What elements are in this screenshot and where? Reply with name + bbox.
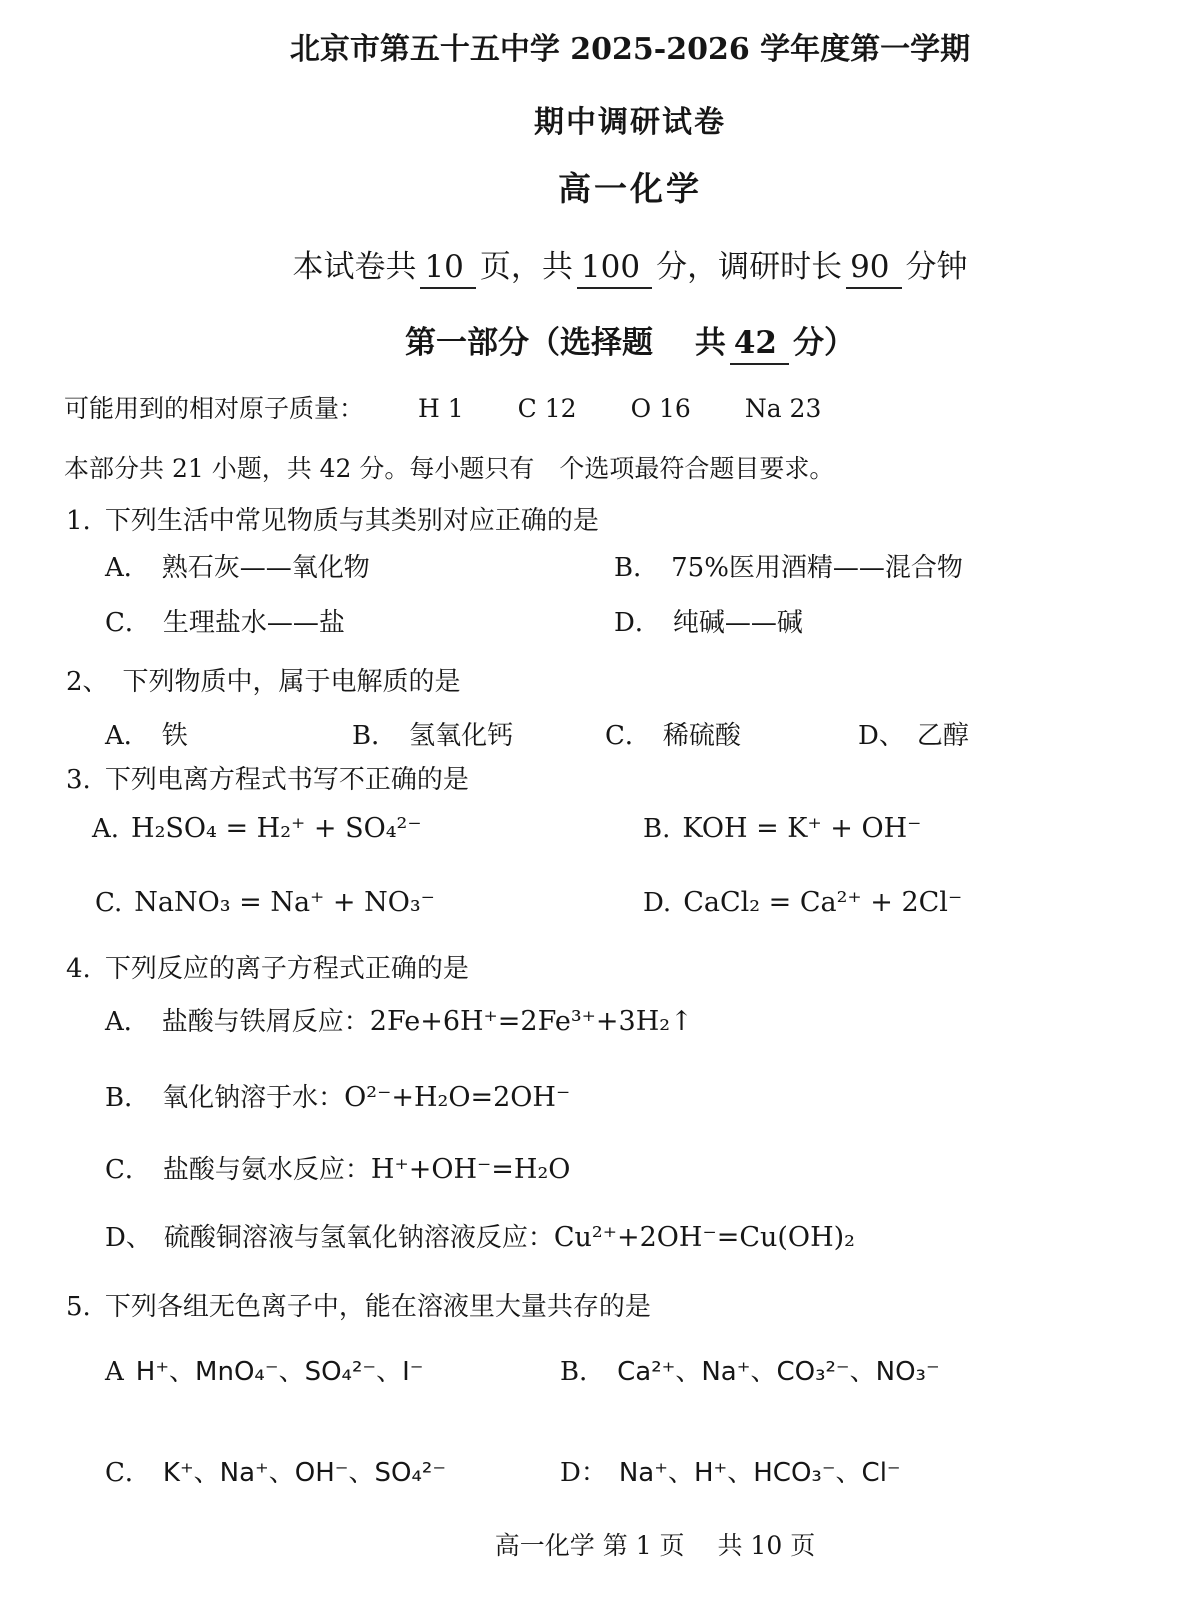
question-1-option-c: C．生理盐水——盐 xyxy=(105,602,345,639)
page-footer: 高一化学 第 1 页 共 10 页 xyxy=(120,1526,1190,1562)
question-4-option-a-desc: 盐酸与铁屑反应： xyxy=(162,1007,370,1037)
section-note: 本部分共 21 小题，共 42 分。每小题只有 个选项最符合题目要求。 xyxy=(64,449,834,485)
question-5-number: 5. xyxy=(66,1292,91,1322)
section-title-points: 42 xyxy=(730,325,789,365)
paper-info-line: 本试卷共10页，共100分，调研时长90分钟 xyxy=(70,241,1190,286)
question-5-option-c-ions: K⁺、Na⁺、OH⁻、SO₄²⁻ xyxy=(163,1458,446,1488)
question-4-number: 4. xyxy=(66,954,91,984)
question-3-text: 下列电离方程式书写不正确的是 xyxy=(105,765,469,795)
question-5-option-d-ions: Na⁺、H⁺、HCO₃⁻、Cl⁻ xyxy=(619,1458,901,1488)
question-4-option-d-desc: 硫酸铜溶液与氢氧化钠溶液反应： xyxy=(164,1223,554,1253)
subject-title: 高一化学 xyxy=(70,163,1190,210)
atomic-mass-c: C 12 xyxy=(518,394,577,423)
question-2-option-b-label: B． xyxy=(352,721,397,751)
question-4-option-c-desc: 盐酸与氨水反应： xyxy=(163,1155,371,1185)
atomic-masses-line: 可能用到的相对原子质量：H 1C 12O 16Na 23 xyxy=(64,389,821,425)
question-3-option-c: C.NaNO₃ = Na⁺ + NO₃⁻ xyxy=(95,887,435,918)
question-3-option-d-label: D. xyxy=(643,888,671,918)
paper-info-seg2: 页，共 xyxy=(480,249,573,285)
question-3-option-b: B.KOH = K⁺ + OH⁻ xyxy=(643,813,921,844)
question-2-option-d-text: 乙醇 xyxy=(917,721,969,751)
atomic-mass-o: O 16 xyxy=(631,394,691,423)
paper-info-seg4: 分钟 xyxy=(906,249,968,285)
question-2-option-a-text: 铁 xyxy=(162,721,188,751)
question-4-option-b-equation: O²⁻+H₂O=2OH⁻ xyxy=(344,1082,570,1113)
question-1-option-d-label: D． xyxy=(614,608,661,638)
question-3-option-c-label: C. xyxy=(95,888,122,918)
exam-paper-page: 北京市第五十五中学 2025-2026 学年度第一学期 期中调研试卷 高一化学 … xyxy=(0,0,1190,1614)
paper-info-points: 100 xyxy=(577,249,652,289)
question-4-text: 下列反应的离子方程式正确的是 xyxy=(105,954,469,984)
question-1-option-c-label: C． xyxy=(105,608,151,638)
question-4-option-a: A．盐酸与铁屑反应：2Fe+6H⁺=2Fe³⁺+3H₂↑ xyxy=(105,1001,693,1038)
question-3-option-b-label: B. xyxy=(643,814,670,844)
question-3-stem: 3.下列电离方程式书写不正确的是 xyxy=(66,759,469,796)
question-5-option-a-ions: H⁺、MnO₄⁻、SO₄²⁻、I⁻ xyxy=(136,1357,424,1387)
question-1-option-a-text: 熟石灰——氧化物 xyxy=(162,553,370,583)
atomic-mass-h: H 1 xyxy=(418,394,464,423)
question-5-option-b-label: B． xyxy=(560,1357,605,1387)
question-5-text: 下列各组无色离子中，能在溶液里大量共存的是 xyxy=(105,1292,651,1322)
question-5-option-c-label: C． xyxy=(105,1458,151,1488)
question-2-option-a: A．铁 xyxy=(105,715,188,752)
question-5-option-d-label: D： xyxy=(560,1458,607,1488)
question-4-stem: 4.下列反应的离子方程式正确的是 xyxy=(66,948,469,985)
question-2-text: 下列物质中，属于电解质的是 xyxy=(123,667,461,697)
question-1-option-b: B．75%医用酒精——混合物 xyxy=(614,547,963,584)
question-1-stem: 1.下列生活中常见物质与其类别对应正确的是 xyxy=(66,500,599,537)
question-4-option-c-label: C． xyxy=(105,1155,151,1185)
question-1-option-a: A．熟石灰——氧化物 xyxy=(105,547,370,584)
question-1-option-c-text: 生理盐水——盐 xyxy=(163,608,345,638)
question-2-number: 2、 xyxy=(66,667,109,697)
question-2-option-b-text: 氢氧化钙 xyxy=(409,721,513,751)
paper-info-pages: 10 xyxy=(420,249,475,289)
question-2-stem: 2、下列物质中，属于电解质的是 xyxy=(66,661,461,698)
section-one-title: 第一部分（选择题 共42分） xyxy=(70,317,1190,362)
question-5-option-d: D：Na⁺、H⁺、HCO₃⁻、Cl⁻ xyxy=(560,1452,901,1489)
question-3-option-b-equation: KOH = K⁺ + OH⁻ xyxy=(682,813,921,844)
question-4-option-b-desc: 氧化钠溶于水： xyxy=(162,1083,344,1113)
question-4-option-c: C．盐酸与氨水反应：H⁺+OH⁻=H₂O xyxy=(105,1149,570,1186)
question-2-option-a-label: A． xyxy=(105,721,150,751)
question-2-option-d: D、乙醇 xyxy=(858,715,969,752)
question-3-option-d: D.CaCl₂ = Ca²⁺ + 2Cl⁻ xyxy=(643,887,962,918)
question-3-option-a-equation: H₂SO₄ = H₂⁺ + SO₄²⁻ xyxy=(131,813,422,844)
question-3-option-a-label: A. xyxy=(92,814,119,844)
question-3-option-d-equation: CaCl₂ = Ca²⁺ + 2Cl⁻ xyxy=(683,887,962,918)
question-4-option-b: B．氧化钠溶于水：O²⁻+H₂O=2OH⁻ xyxy=(105,1077,570,1114)
question-4-option-d: D、硫酸铜溶液与氢氧化钠溶液反应：Cu²⁺+2OH⁻=Cu(OH)₂ xyxy=(105,1217,855,1254)
question-2-option-b: B．氢氧化钙 xyxy=(352,715,513,752)
question-1-number: 1. xyxy=(66,506,91,536)
paper-info-seg3: 分，调研时长 xyxy=(656,249,842,285)
question-2-option-d-label: D、 xyxy=(858,721,905,751)
question-5-option-b: B．Ca²⁺、Na⁺、CO₃²⁻、NO₃⁻ xyxy=(560,1351,940,1388)
question-5-option-b-ions: Ca²⁺、Na⁺、CO₃²⁻、NO₃⁻ xyxy=(617,1357,940,1387)
question-1-option-d-text: 纯碱——碱 xyxy=(673,608,803,638)
question-4-option-a-label: A． xyxy=(105,1007,150,1037)
question-1-option-b-label: B． xyxy=(614,553,659,583)
exam-title: 期中调研试卷 xyxy=(70,97,1190,141)
atomic-mass-na: Na 23 xyxy=(745,394,822,423)
paper-info-minutes: 90 xyxy=(846,249,901,289)
question-1-option-b-text: 75%医用酒精——混合物 xyxy=(671,553,963,583)
school-term-title: 北京市第五十五中学 2025-2026 学年度第一学期 xyxy=(70,24,1190,68)
question-5-option-c: C．K⁺、Na⁺、OH⁻、SO₄²⁻ xyxy=(105,1452,446,1489)
question-3-option-c-equation: NaNO₃ = Na⁺ + NO₃⁻ xyxy=(134,887,435,918)
paper-info-seg1: 本试卷共 xyxy=(292,249,416,285)
question-2-option-c-text: 稀硫酸 xyxy=(663,721,741,751)
atomic-masses-prefix: 可能用到的相对原子质量： xyxy=(64,394,364,423)
section-title-seg1: 第一部分（选择题 共 xyxy=(405,325,726,361)
question-4-option-c-equation: H⁺+OH⁻=H₂O xyxy=(371,1154,570,1185)
question-5-option-a-label: A xyxy=(105,1357,124,1387)
question-5-stem: 5.下列各组无色离子中，能在溶液里大量共存的是 xyxy=(66,1286,651,1323)
question-3-number: 3. xyxy=(66,765,91,795)
question-4-option-d-label: D、 xyxy=(105,1223,152,1253)
question-5-option-a: AH⁺、MnO₄⁻、SO₄²⁻、I⁻ xyxy=(105,1351,424,1388)
question-2-option-c: C．稀硫酸 xyxy=(605,715,741,752)
question-3-option-a: A.H₂SO₄ = H₂⁺ + SO₄²⁻ xyxy=(92,813,422,844)
question-4-option-d-equation: Cu²⁺+2OH⁻=Cu(OH)₂ xyxy=(554,1222,855,1253)
question-1-option-a-label: A． xyxy=(105,553,150,583)
question-2-option-c-label: C． xyxy=(605,721,651,751)
question-1-option-d: D．纯碱——碱 xyxy=(614,602,803,639)
question-1-text: 下列生活中常见物质与其类别对应正确的是 xyxy=(105,506,599,536)
question-4-option-b-label: B． xyxy=(105,1083,150,1113)
question-4-option-a-equation: 2Fe+6H⁺=2Fe³⁺+3H₂↑ xyxy=(370,1006,693,1037)
section-title-seg2: 分） xyxy=(793,325,855,361)
